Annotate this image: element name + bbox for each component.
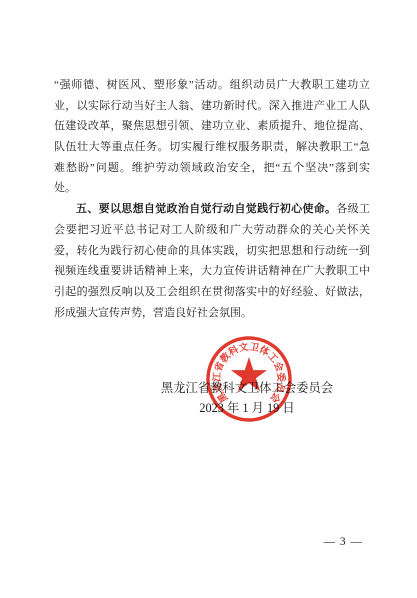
- paragraph1-line: 业，以实际行动当好主人翁、建功新时代。深入推进产业工人队: [54, 96, 370, 117]
- paragraph2-line: 引起的强烈反响以及工会组织在贯彻落实中的好经验、好做法，: [54, 282, 370, 303]
- signature-block: 黑龙江省教科文卫体工会委员会 2023 年 1 月 19 日: [130, 379, 364, 418]
- paragraph1-line: “强师德、树医风、塑形象”活动。组织动员广大教职工建功立: [54, 75, 370, 96]
- svg-text:体: 体: [257, 343, 272, 358]
- signature-organization: 黑龙江省教科文卫体工会委员会: [130, 379, 364, 399]
- paragraph1-line: 队伍壮大等重点任务。切实履行维权服务职责，解决教职工“急: [54, 137, 370, 158]
- paragraph1-line: 伍建设改革，聚焦思想引领、建功立业、素质提升、地位提高、: [54, 116, 370, 137]
- paragraph2-line: 会要把习近平总书记对工人阶级和广大劳动群众的关心关怀关: [54, 220, 370, 241]
- svg-text:文: 文: [238, 341, 250, 355]
- svg-text:省: 省: [212, 360, 227, 374]
- svg-text:卫: 卫: [249, 342, 261, 355]
- section-heading: 五、要以思想自觉政治自觉行动自觉践行初心使命。: [76, 203, 336, 215]
- paragraph2-line: 五、要以思想自觉政治自觉行动自觉践行初心使命。各级工: [54, 199, 370, 220]
- svg-text:科: 科: [226, 343, 241, 359]
- paragraph1-line: 难愁盼”问题。维护劳动领域政治安全，把“五个坚决”落到实: [54, 158, 370, 179]
- signature-date: 2023 年 1 月 19 日: [130, 399, 364, 419]
- body-text: “强师德、树医风、塑形象”活动。组织动员广大教职工建功立 业，以实际行动当好主人…: [54, 75, 370, 323]
- paragraph2-line: 爱，转化为践行初心使命的具体实践，切实把思想和行动统一到: [54, 241, 370, 262]
- paragraph2-line1-rest: 各级工: [336, 203, 370, 215]
- svg-text:会: 会: [271, 360, 286, 374]
- paragraph2-line: 形成强大宣传声势，营造良好社会氛围。: [54, 303, 370, 324]
- paragraph1-line: 处。: [54, 178, 370, 199]
- svg-text:工: 工: [265, 351, 280, 366]
- svg-text:教: 教: [217, 350, 233, 366]
- page-number: — 3 —: [324, 536, 364, 548]
- document-page: “强师德、树医风、塑形象”活动。组织动员广大教职工建功立 业，以实际行动当好主人…: [0, 0, 417, 598]
- paragraph2-line: 视频连线重要讲话精神上来，大力宣传讲话精神在广大教职工中: [54, 261, 370, 282]
